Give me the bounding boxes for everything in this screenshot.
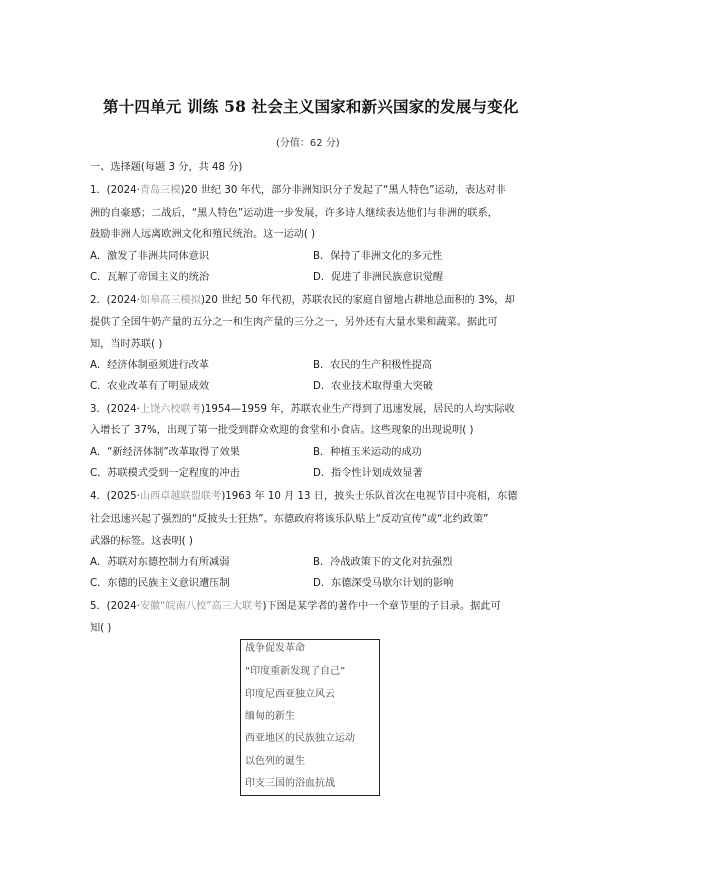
question-3-option-a[interactable]: A．“新经济体制”改革取得了效果 <box>90 443 240 458</box>
question-2-option-c[interactable]: C．农业改革有了明显成效 <box>90 377 209 392</box>
question-1-line-1: 1．(2024·青岛三模)20 世纪 30 年代，部分非洲知识分子发起了“黑人特… <box>90 181 506 196</box>
question-2-option-b[interactable]: B．农民的生产积极性提高 <box>313 356 432 371</box>
question-1-line-2: 洲的自豪感；二战后，“黑人特色”运动进一步发展，许多诗人继续表达他们与非洲的联系… <box>90 204 498 219</box>
question-3-option-b[interactable]: B．种植玉米运动的成功 <box>313 443 422 458</box>
question-4-line-2: 社会迅速兴起了强烈的“反披头士狂热”。东德政府将该乐队贴上“反动宣传”或“北约政… <box>90 510 488 525</box>
question-source: 上饶六校联考 <box>140 404 201 415</box>
question-source: 如皋高三模拟 <box>140 295 201 306</box>
question-5-line-2: 知( ) <box>90 619 111 634</box>
question-4-option-a[interactable]: A．苏联对东德控制力有所减弱 <box>90 553 229 568</box>
table-of-contents-box: 战争促发革命 “印度重新发现了自己” 印度尼西亚独立风云 缅甸的新生 西亚地区的… <box>240 639 380 796</box>
question-4-line-3: 武器的标签。这表明( ) <box>90 532 193 547</box>
question-number: 3． <box>90 404 107 415</box>
question-number: 5． <box>90 601 107 612</box>
question-number: 2． <box>90 295 107 306</box>
section-heading: 一、选择题(每题 3 分，共 48 分) <box>90 158 242 173</box>
question-3-option-c[interactable]: C．苏联模式受到一定程度的冲击 <box>90 464 240 479</box>
toc-item: 战争促发革命 <box>245 639 305 654</box>
question-1-option-d[interactable]: D．促进了非洲民族意识觉醒 <box>313 268 443 283</box>
question-3-line-2: 入增长了 37%，出现了第一批受到群众欢迎的食堂和小食店。这些现象的出现说明( … <box>90 421 473 436</box>
question-2-option-d[interactable]: D．农业技术取得重大突破 <box>313 377 433 392</box>
toc-item: 以色列的诞生 <box>245 752 305 767</box>
question-number: 1． <box>90 185 107 196</box>
score-label: (分值：62 分) <box>276 134 340 149</box>
question-source: 青岛三模 <box>140 185 181 196</box>
question-3-line-1: 3．(2024·上饶六校联考)1954—1959 年，苏联农业生产得到了迅速发展… <box>90 400 515 415</box>
question-4-option-c[interactable]: C．东德的民族主义意识遭压制 <box>90 574 230 589</box>
question-3-option-d[interactable]: D．指令性计划成效显著 <box>313 464 423 479</box>
toc-item: 缅甸的新生 <box>245 707 295 722</box>
question-4-line-1: 4．(2025·山西卓越联盟联考)1963 年 10 月 13 日，披头士乐队首… <box>90 487 517 502</box>
question-source: 安徽“皖南八校”高三大联考 <box>140 601 263 612</box>
toc-item: 西亚地区的民族独立运动 <box>245 729 355 744</box>
question-2-line-1: 2．(2024·如皋高三模拟)20 世纪 50 年代初，苏联农民的家庭自留地占耕… <box>90 291 515 306</box>
question-source: 山西卓越联盟联考 <box>140 491 222 502</box>
question-number: 4． <box>90 491 107 502</box>
question-4-option-d[interactable]: D．东德深受马歇尔计划的影响 <box>313 574 453 589</box>
question-2-line-2: 提供了全国牛奶产量的五分之一和生肉产量的三分之一，另外还有大量水果和蔬菜。据此可 <box>90 313 498 328</box>
toc-item: 印度尼西亚独立风云 <box>245 685 335 700</box>
question-1-option-b[interactable]: B．保持了非洲文化的多元性 <box>313 247 442 262</box>
page-title: 第十四单元 训练 58 社会主义国家和新兴国家的发展与变化 <box>103 95 583 117</box>
question-4-option-b[interactable]: B．冷战政策下的文化对抗强烈 <box>313 553 452 568</box>
question-1-option-a[interactable]: A．激发了非洲共同体意识 <box>90 247 209 262</box>
toc-item: “印度重新发现了自己” <box>245 662 345 677</box>
toc-item: 印支三国的浴血抗战 <box>245 774 335 789</box>
question-2-line-3: 知，当时苏联( ) <box>90 335 162 350</box>
question-1-line-3: 鼓励非洲人远离欧洲文化和殖民统治。这一运动( ) <box>90 225 315 240</box>
question-5-line-1: 5．(2024·安徽“皖南八校”高三大联考)下图是某学者的著作中一个章节里的子目… <box>90 597 501 612</box>
question-2-option-a[interactable]: A．经济体制亟须进行改革 <box>90 356 209 371</box>
question-1-option-c[interactable]: C．瓦解了帝国主义的统治 <box>90 268 209 283</box>
